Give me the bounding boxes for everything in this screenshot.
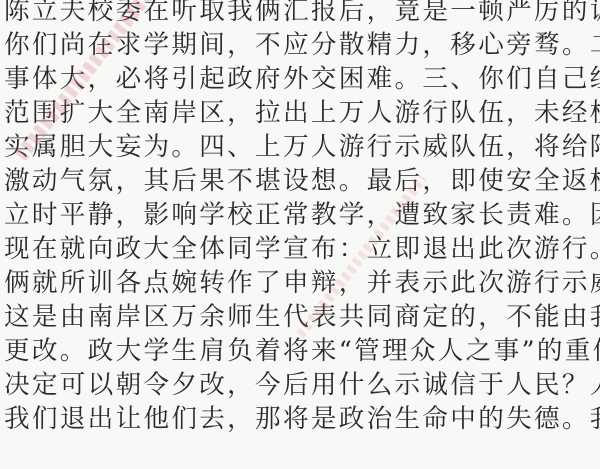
text-line-13: 我们退出让他们去，那将是政治生命中的失德。我们政大学生绝不 (4, 402, 600, 436)
text-line-3: 事体大，必将引起政府外交困难。三、你们自己组织还不算，竟把 (4, 62, 600, 96)
text-line-6: 激动气氛，其后果不堪设想。最后，即使安全返校，学生心情岂能 (4, 164, 600, 198)
text-line-4: 范围扩大全南岸区，拉出上万人游行队伍，未经校领导审查批准， (4, 96, 600, 130)
document-text: 陈立夫校委在听取我俩汇报后，竟是一顿严厉的训斥：“一、 你们尚在求学期间，不应分… (4, 0, 600, 436)
text-line-1: 陈立夫校委在听取我俩汇报后，竟是一顿严厉的训斥：“一、 (4, 0, 600, 28)
text-line-7: 立时平静，影响学校正常教学，遭致家长责难。因此，我要求你们 (4, 198, 600, 232)
text-line-11: 更改。政大学生肩负着将来“管理众人之事”的重任，我们办事作 (4, 334, 600, 368)
text-line-12: 决定可以朝令夕改，今后用什么示诚信于人民？人无信不立，如果 (4, 368, 600, 402)
text-line-10: 这是由南岸区万余师生代表共同商定的，不能由我们政大单独提出 (4, 300, 600, 334)
text-line-2: 你们尚在求学期间，不应分散精力，移心旁骛。二、反苏游行，兹 (4, 28, 600, 62)
text-line-9: 俩就所训各点婉转作了申辩，并表示此次游行示威活动不能变动， (4, 266, 600, 300)
document-page: 陈立夫校委在听取我俩汇报后，竟是一顿严厉的训斥：“一、 你们尚在求学期间，不应分… (0, 0, 600, 469)
text-line-8: 现在就向政大全体同学宣布：立即退出此次游行。”听完训示，我 (4, 232, 600, 266)
text-line-5: 实属胆大妄为。四、上万人游行示威队伍，将给陪都人民带来紧张 (4, 130, 600, 164)
